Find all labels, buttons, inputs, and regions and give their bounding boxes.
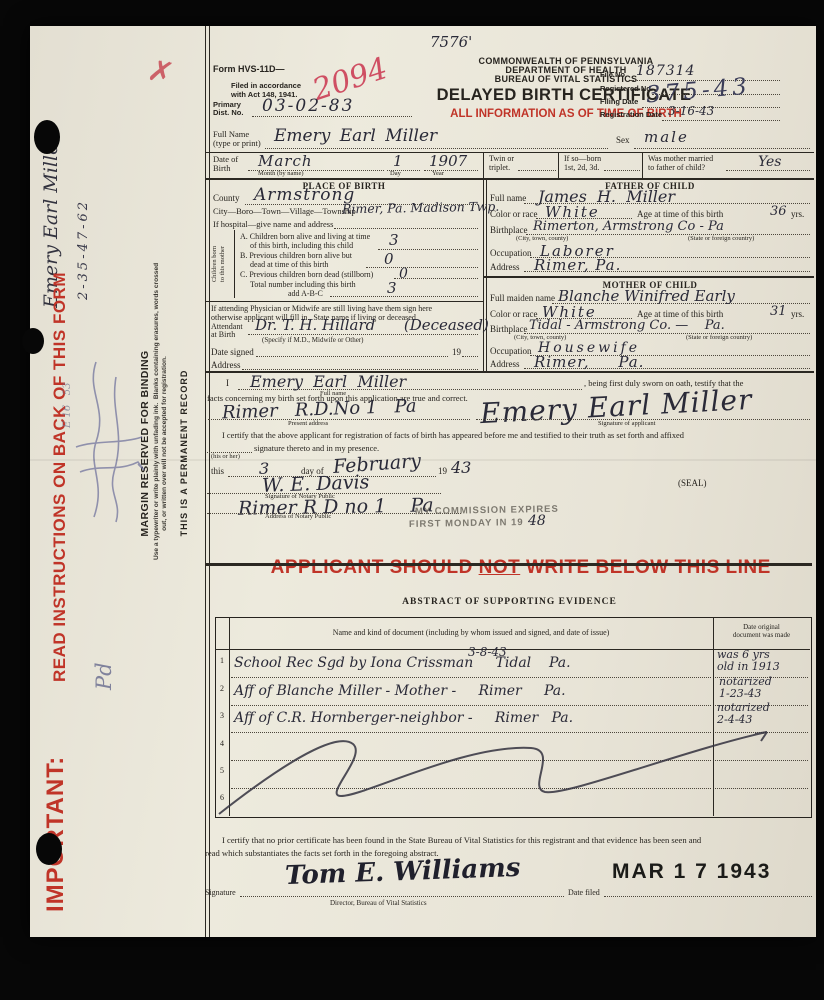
punch-hole (22, 328, 44, 354)
table-row-rule (231, 675, 711, 678)
children-side-line-1: Children born (211, 231, 219, 297)
children-total-line-2: add A-B-C (288, 289, 323, 298)
footer-certify-1: I certify that no prior certificate has … (222, 835, 701, 845)
margin-binding-note-1: Use a typewriter or write plainly with u… (153, 327, 160, 560)
rule (642, 152, 643, 178)
margin-pencil-pd: Pd (92, 628, 116, 690)
dotted-leader (462, 354, 478, 357)
dotted-leader (366, 265, 478, 268)
mother-age-value: 31 (770, 304, 787, 319)
mother-address-label: Address (490, 359, 520, 369)
dotted-leader (662, 118, 780, 121)
rule (483, 152, 484, 371)
children-side-label: Children born to this mother (211, 231, 226, 297)
punch-hole (34, 120, 60, 154)
notary-certify-1: I certify that the above applicant for r… (222, 431, 684, 440)
children-b-value: 0 (384, 250, 394, 268)
sex-label: Sex (616, 135, 630, 145)
children-total-value: 3 (387, 279, 397, 297)
date-signed-label: Date signed (211, 347, 254, 357)
father-bp-sub-1: (City, town, county) (516, 235, 568, 242)
filing-date-label: Filing Date (600, 97, 638, 106)
primary-label-2: Dist. No. (213, 108, 243, 117)
date-filed-label: Date filed (568, 888, 600, 897)
rule (205, 178, 814, 180)
mother-bp-sub-2: (State or foreign country) (686, 334, 752, 341)
mother-name-label: Full maiden name (490, 293, 555, 303)
registration-date-value: 3-16-43 (668, 104, 714, 118)
attendant-address-label: Address (211, 360, 241, 370)
evidence-row-1-date-2: old in 1913 (717, 660, 780, 673)
dob-month-value: March (258, 152, 313, 170)
evidence-row-1-doc: School Rec Sgd by Iona Crissman Tidal Pa… (234, 655, 571, 671)
mother-married-label-1: Was mother married (648, 154, 713, 163)
handwritten-serial: 7576' (430, 33, 472, 51)
attendant-note-1: If attending Physician or Midwife are st… (211, 304, 432, 313)
father-age-value: 36 (770, 204, 787, 219)
abstract-col-doc-header: Name and kind of document (including by … (229, 628, 713, 637)
dotted-leader (604, 894, 812, 897)
filed-line-1: Filed in accordance (231, 81, 301, 90)
abstract-col-date-header-2: document was made (713, 631, 810, 639)
form-number: Form HVS-11D— (213, 64, 285, 74)
children-total-line-1: Total number including this birth (250, 280, 356, 289)
row-number: 1 (220, 656, 224, 665)
father-name-label: Full name (490, 193, 526, 203)
this-label: this (211, 466, 224, 476)
file-no-label: File No. (600, 70, 627, 79)
affidavit-name-value: Emery Earl Miller (250, 372, 406, 391)
born-order-label-1: If so—born (564, 154, 601, 163)
notary-address-sub: Address of Notary Public (265, 513, 331, 520)
abstract-col-date-header-1: Date original (713, 623, 810, 631)
rule (205, 301, 483, 302)
county-label: County (213, 193, 240, 203)
dotted-leader (242, 367, 478, 370)
applicant-signature-sub: Signature of applicant (598, 420, 655, 427)
dob-year-value: 1907 (429, 152, 467, 170)
dotted-leader (330, 294, 478, 297)
dotted-leader (518, 168, 556, 171)
mother-occupation-label: Occupation (490, 346, 531, 356)
footer-signature-label: Signature (205, 888, 236, 897)
punch-hole (36, 833, 62, 865)
children-a-line-1: A. Children born alive and living at tim… (240, 232, 370, 241)
children-side-line-2: to this mother (219, 231, 227, 297)
full-name-label-2: (type or print) (213, 138, 261, 148)
rule (558, 152, 559, 178)
father-age-label: Age at time of this birth (637, 209, 723, 219)
born-order-label-2: 1st, 2d, 3d. (564, 163, 599, 172)
margin-handwritten-number: 2-35-47-62 (76, 140, 91, 300)
pencil-scribble (66, 352, 150, 530)
county-value: Armstrong (254, 185, 355, 205)
margin-binding-note-2: out, or written over will not be accepte… (161, 327, 168, 560)
father-age-yrs: yrs. (791, 209, 804, 219)
city-township-value: Rimer, Pa. Madison Twp. (342, 199, 499, 217)
seal-label: (SEAL) (678, 478, 707, 488)
city-township-label: City—Boro—Town—Village—Township (213, 206, 356, 216)
scanned-birth-certificate: Emery Earl Miller. 2-35-47-62 ✗ READ INS… (0, 0, 824, 1000)
mother-birthplace-label: Birthplace (490, 324, 528, 334)
father-address-value: Rimer, Pa. (534, 256, 621, 274)
full-name-value: Emery Earl Miller (274, 126, 437, 146)
dob-sub-year: Year (432, 170, 444, 177)
abstract-title: ABSTRACT OF SUPPORTING EVIDENCE (205, 597, 814, 607)
applicant-warning-line: APPLICANT SHOULD NOT WRITE BELOW THIS LI… (205, 535, 814, 601)
sex-value: male (644, 128, 689, 146)
file-no-value: 187314 (636, 63, 695, 79)
father-birthplace-value: Rimerton, Armstrong Co - Pa (533, 219, 724, 234)
evidence-row-2-doc: Aff of Blanche Miller - Mother - Rimer P… (234, 683, 566, 699)
warning-post: WRITE BELOW THIS LINE (520, 557, 771, 578)
registration-date-label: Registration Date (600, 110, 662, 119)
mother-age-yrs: yrs. (791, 309, 804, 319)
dotted-leader (256, 354, 448, 357)
twin-label-1: Twin or (489, 154, 514, 163)
mother-married-value: Yes (758, 154, 782, 170)
dob-sub-day: Day (390, 170, 401, 177)
attendant-label-2: at Birth (211, 330, 235, 339)
rule (205, 563, 812, 566)
twin-label-2: triplet. (489, 163, 510, 172)
mother-address-value: Rimer, Pa. (534, 353, 644, 371)
dotted-leader (265, 146, 608, 149)
hospital-label: If hospital—give name and address (213, 219, 333, 229)
notary-certify-2: signature thereto and in my presence. (254, 444, 379, 453)
form-border-rule (205, 26, 206, 937)
children-c-value: 0 (399, 266, 408, 282)
row-number: 2 (220, 684, 224, 693)
director-sub-label: Director, Bureau of Vital Statistics (330, 899, 427, 907)
primary-district-value: 03-02-83 (262, 96, 354, 116)
father-occupation-label: Occupation (490, 248, 531, 258)
margin-handwritten-name: Emery Earl Miller. (40, 40, 62, 308)
evidence-row-2-date-2: 1-23-43 (719, 687, 761, 700)
mother-married-label-2: to father of child? (648, 163, 705, 172)
strike-flourish (215, 722, 810, 817)
father-race-label: Color or race (490, 209, 537, 219)
dotted-leader (604, 168, 640, 171)
rule (234, 230, 235, 298)
dotted-leader (208, 417, 470, 420)
children-a-line-2: of this birth, including this child (250, 241, 353, 250)
children-a-value: 3 (389, 231, 399, 249)
dob-label-2: Birth (213, 163, 230, 173)
year-19-label: 19 (438, 466, 447, 476)
form-border-rule (209, 26, 210, 937)
paper-crease (30, 459, 816, 461)
attendant-specify-sub: (Specify if M.D., Midwife or Other) (262, 336, 363, 344)
father-birthplace-label: Birthplace (490, 225, 528, 235)
mother-birthplace-value: Tidal - Armstrong Co. — Pa. (529, 318, 725, 333)
dob-day-value: 1 (393, 152, 403, 170)
children-b-line-1: B. Previous children born alive but (240, 251, 352, 260)
date-filed-stamp: MAR 1 7 1943 (612, 860, 771, 884)
dotted-leader (240, 894, 564, 897)
warning-not: NOT (479, 557, 521, 578)
present-address-sub: Present address (288, 420, 328, 427)
father-bp-sub-2: (State or foreign country) (688, 235, 754, 242)
dob-sub-month: Month (by name) (258, 170, 304, 177)
commission-stamp-year: 48 (528, 513, 546, 529)
margin-permanent-record: THIS IS A PERMANENT RECORD (179, 350, 189, 556)
rule (483, 276, 814, 278)
table-row-rule (231, 703, 711, 706)
attendant-value: Dr. T. H. Hillard (Deceased) (255, 316, 489, 334)
father-address-label: Address (490, 262, 520, 272)
commission-stamp-line-2: FIRST MONDAY IN 19 (409, 517, 524, 530)
affidavit-i: I (226, 378, 229, 388)
date-signed-19: 19 (452, 347, 461, 357)
dotted-leader (634, 146, 810, 149)
warning-pre: APPLICANT SHOULD (271, 557, 479, 578)
row-number: 3 (220, 711, 224, 720)
dotted-leader (334, 226, 478, 229)
children-b-line-2: dead at time of this birth (250, 260, 328, 269)
children-c-line: C. Previous children born dead (stillbor… (240, 270, 373, 279)
